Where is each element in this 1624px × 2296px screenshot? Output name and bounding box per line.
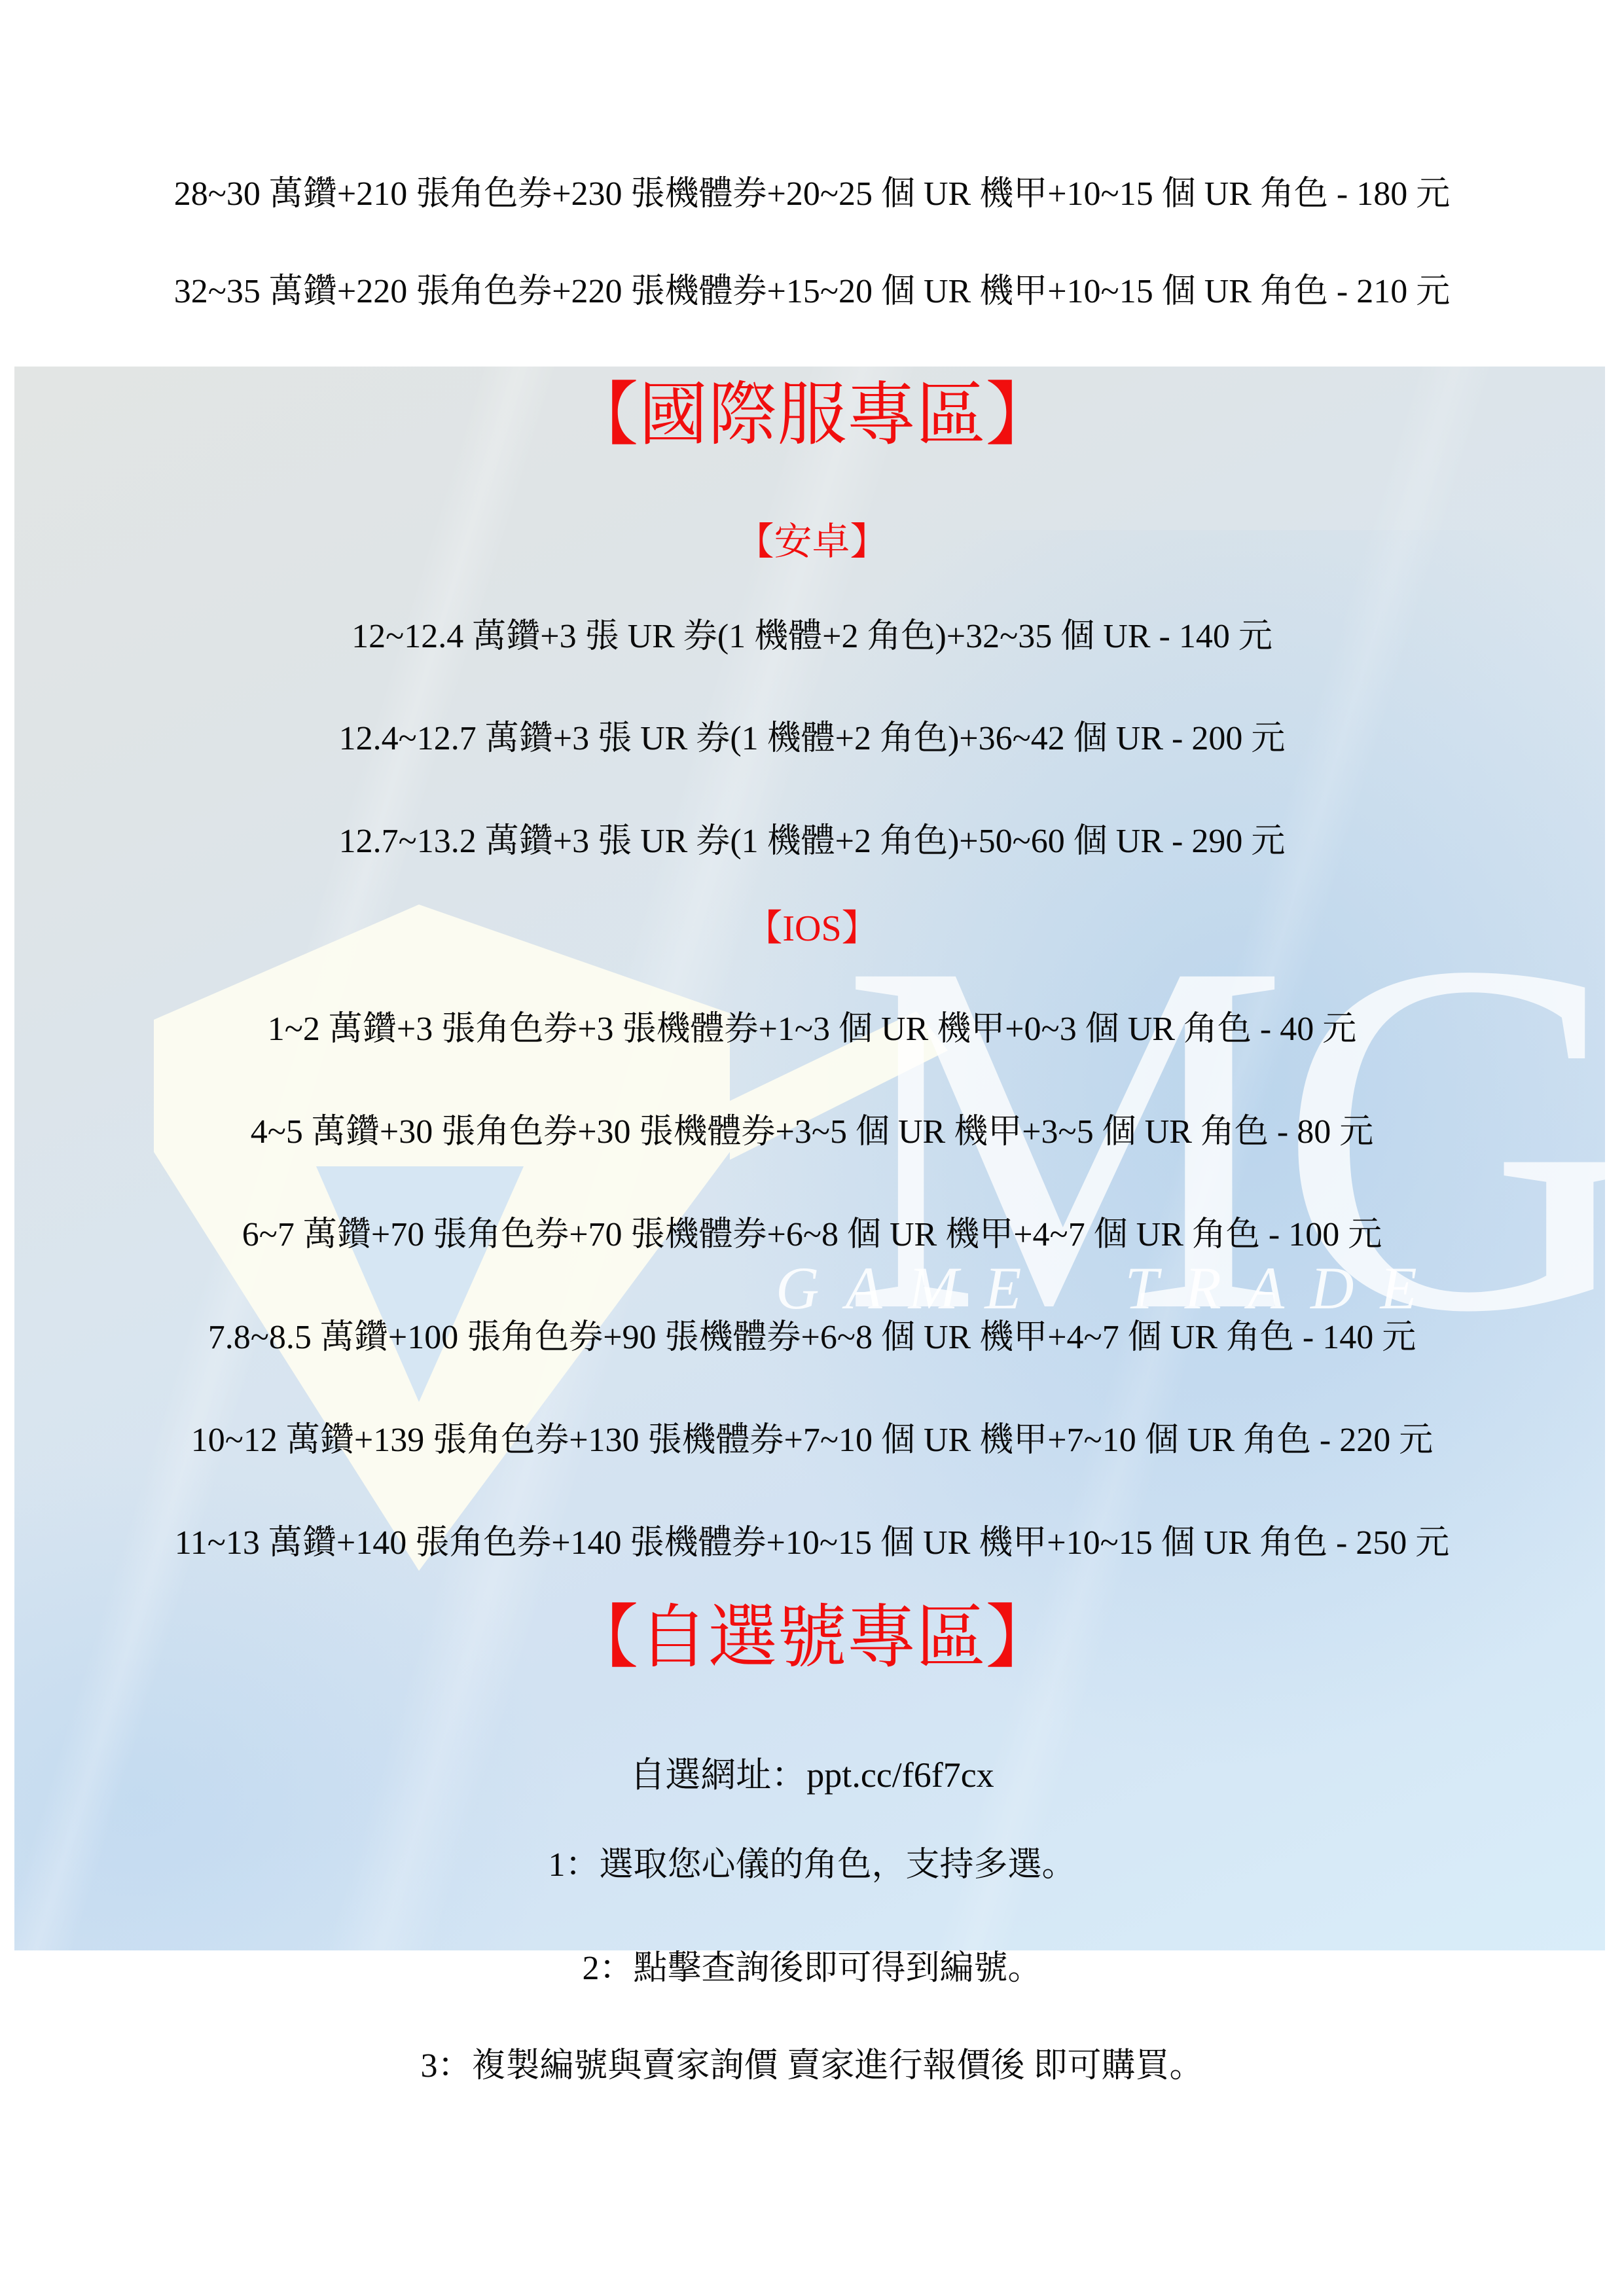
subsection-title-android: 【安卓】 <box>0 521 1624 563</box>
price-line-top-1: 28~30 萬鑽+210 張角色券+230 張機體券+20~25 個 UR 機甲… <box>0 175 1624 213</box>
ios-price-line: 6~7 萬鑽+70 張角色券+70 張機體券+6~8 個 UR 機甲+4~7 個… <box>0 1216 1624 1254</box>
subsection-title-ios: 【IOS】 <box>0 908 1624 949</box>
watermark-game-trade-text: GAME TRADE <box>776 1258 1561 1318</box>
price-line-top-2: 32~35 萬鑽+220 張角色券+220 張機體券+15~20 個 UR 機甲… <box>0 273 1624 311</box>
ios-price-line: 10~12 萬鑽+139 張角色券+130 張機體券+7~10 個 UR 機甲+… <box>0 1422 1624 1460</box>
android-price-line: 12~12.4 萬鑽+3 張 UR 券(1 機體+2 角色)+32~35 個 U… <box>0 618 1624 656</box>
custom-pick-url-line: 自選網址：ppt.cc/f6f7cx <box>0 1755 1624 1795</box>
android-price-line: 12.7~13.2 萬鑽+3 張 UR 券(1 機體+2 角色)+50~60 個… <box>0 823 1624 861</box>
ios-price-line: 11~13 萬鑽+140 張角色券+140 張機體券+10~15 個 UR 機甲… <box>0 1524 1624 1562</box>
ios-price-line: 4~5 萬鑽+30 張角色券+30 張機體券+3~5 個 UR 機甲+3~5 個… <box>0 1113 1624 1151</box>
section-title-custom-pick: 【自選號專區】 <box>0 1598 1624 1678</box>
android-price-line: 12.4~12.7 萬鑽+3 張 UR 券(1 機體+2 角色)+36~42 個… <box>0 720 1624 758</box>
ios-price-line: 1~2 萬鑽+3 張角色券+3 張機體券+1~3 個 UR 機甲+0~3 個 U… <box>0 1011 1624 1049</box>
custom-pick-step: 2：點擊查詢後即可得到編號。 <box>0 1950 1624 1988</box>
custom-pick-step: 3：複製編號與賣家詢價 賣家進行報價後 即可購買。 <box>0 2047 1624 2085</box>
custom-pick-step: 1：選取您心儀的角色，支持多選。 <box>0 1846 1624 1884</box>
page: 28~30 萬鑽+210 張角色券+230 張機體券+20~25 個 UR 機甲… <box>0 0 1624 2296</box>
section-title-international: 【國際服專區】 <box>0 376 1624 456</box>
ios-price-line: 7.8~8.5 萬鑽+100 張角色券+90 張機體券+6~8 個 UR 機甲+… <box>0 1319 1624 1357</box>
